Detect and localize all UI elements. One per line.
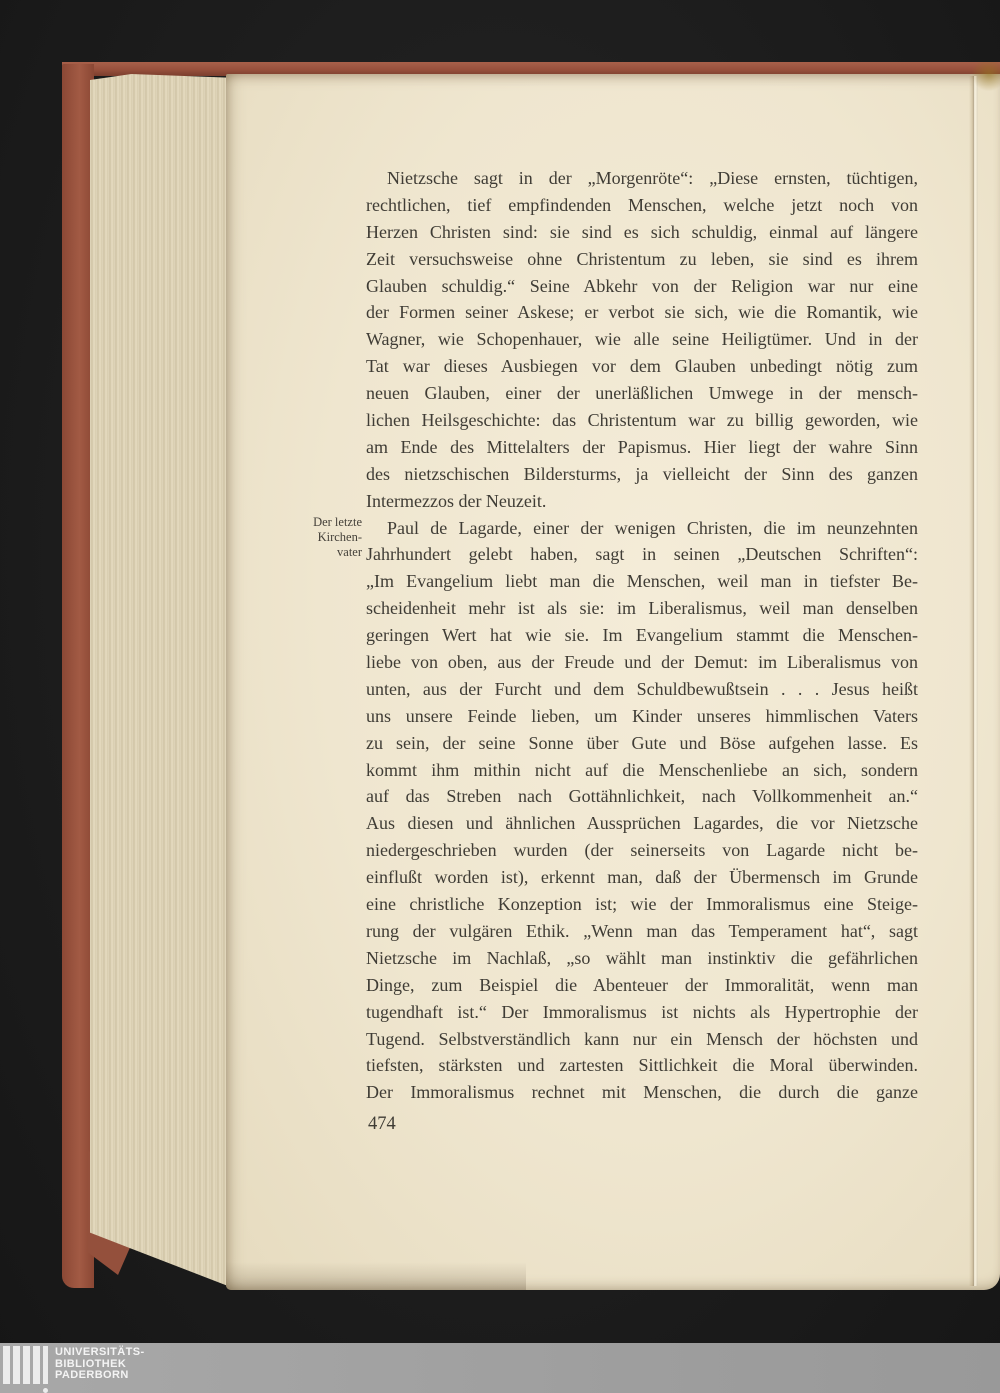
text-line: Der Immoralismus rechnet mit Menschen, d…	[366, 1079, 918, 1106]
logo-bar	[33, 1346, 40, 1384]
text-line: lichen Heilsgeschichte: das Christentum …	[366, 407, 918, 434]
scanned-book-page: Der letzteKirchen-vater Nietzsche sagt i…	[0, 0, 1000, 1393]
text-line: neuen Glauben, einer der unerläßlichen U…	[366, 380, 918, 407]
margin-note: Der letzteKirchen-vater	[296, 515, 362, 560]
page-number: 474	[368, 1114, 396, 1135]
margin-note-line: vater	[296, 545, 362, 560]
top-right-edge-smudge	[972, 62, 1000, 92]
text-line: Nietzsche im Nachlaß, „so wählt man inst…	[366, 945, 918, 972]
page-gutter-crease	[969, 76, 978, 1286]
book-left-cover-edge	[62, 64, 94, 1288]
text-line: Jahrhundert gelebt haben, sagt in seinen…	[366, 541, 918, 568]
text-line: am Ende des Mittelalters der Papismus. H…	[366, 434, 918, 461]
text-line: niedergeschrieben wurden (der seinerseit…	[366, 837, 918, 864]
text-line: kommt ihm mithin nicht auf die Menschenl…	[366, 757, 918, 784]
text-line: einflußt worden ist), erkennt man, daß d…	[366, 864, 918, 891]
margin-note-line: Der letzte	[296, 515, 362, 530]
text-line: Wagner, wie Schopenhauer, wie alle seine…	[366, 326, 918, 353]
text-line: Aus diesen und ähnlichen Aussprüchen Lag…	[366, 810, 918, 837]
margin-note-line: Kirchen-	[296, 530, 362, 545]
text-line: Glauben schuldig.“ Seine Abkehr von der …	[366, 273, 918, 300]
logo-bar	[3, 1346, 10, 1384]
library-name-line: PADERBORN	[55, 1370, 145, 1382]
text-line: Tugend. Selbstverständlich kann nur ein …	[366, 1026, 918, 1053]
library-logo-icon	[3, 1345, 49, 1391]
library-name: UNIVERSITÄTS-BIBLIOTHEKPADERBORN	[55, 1347, 145, 1382]
text-line: Herzen Christen sind: sie sind es sich s…	[366, 219, 918, 246]
text-line: des nietzschischen Bildersturms, ja viel…	[366, 461, 918, 488]
text-line: rung der vulgären Ethik. „Wenn man das T…	[366, 918, 918, 945]
text-line: auf das Streben nach Gottähnlichkeit, na…	[366, 783, 918, 810]
text-line: uns unsere Feinde lieben, um Kinder unse…	[366, 703, 918, 730]
logo-bar	[23, 1346, 30, 1384]
text-line: Dinge, zum Beispiel die Abenteuer der Im…	[366, 972, 918, 999]
text-line: tugendhaft ist.“ Der Immoralismus ist ni…	[366, 999, 918, 1026]
text-line: Zeit versuchsweise ohne Christentum zu l…	[366, 246, 918, 273]
text-line: Nietzsche sagt in der „Morgenröte“: „Die…	[366, 165, 918, 192]
text-line: scheidenheit mehr ist als sie: im Libera…	[366, 595, 918, 622]
text-line: Paul de Lagarde, einer der wenigen Chris…	[366, 515, 918, 542]
text-line: unten, aus der Furcht und dem Schuldbewu…	[366, 676, 918, 703]
text-line: „Im Evangelium liebt man die Menschen, w…	[366, 568, 918, 595]
page-bottom-shadow	[226, 1262, 526, 1290]
logo-bar	[13, 1346, 20, 1384]
page-fore-edges	[90, 74, 228, 1286]
text-line: rechtlichen, tief empfindenden Menschen,…	[366, 192, 918, 219]
text-line: Tat war dieses Ausbiegen vor dem Glauben…	[366, 353, 918, 380]
logo-bar	[43, 1346, 48, 1384]
text-line: geringen Wert hat wie sie. Im Evangelium…	[366, 622, 918, 649]
page-text: Nietzsche sagt in der „Morgenröte“: „Die…	[366, 165, 918, 1106]
text-line: der Formen seiner Askese; er verbot sie …	[366, 299, 918, 326]
text-line: Intermezzos der Neuzeit.	[366, 488, 918, 515]
library-name-line: UNIVERSITÄTS-	[55, 1347, 145, 1359]
text-line: zu sein, der seine Sonne über Gute und B…	[366, 730, 918, 757]
text-line: tiefsten, stärksten und zartesten Sittli…	[366, 1052, 918, 1079]
footer-banner: UNIVERSITÄTS-BIBLIOTHEKPADERBORN	[0, 1343, 1000, 1393]
logo-bar-dot	[43, 1388, 48, 1393]
text-line: liebe von oben, aus der Freude und der D…	[366, 649, 918, 676]
text-line: eine christliche Konzeption ist; wie der…	[366, 891, 918, 918]
